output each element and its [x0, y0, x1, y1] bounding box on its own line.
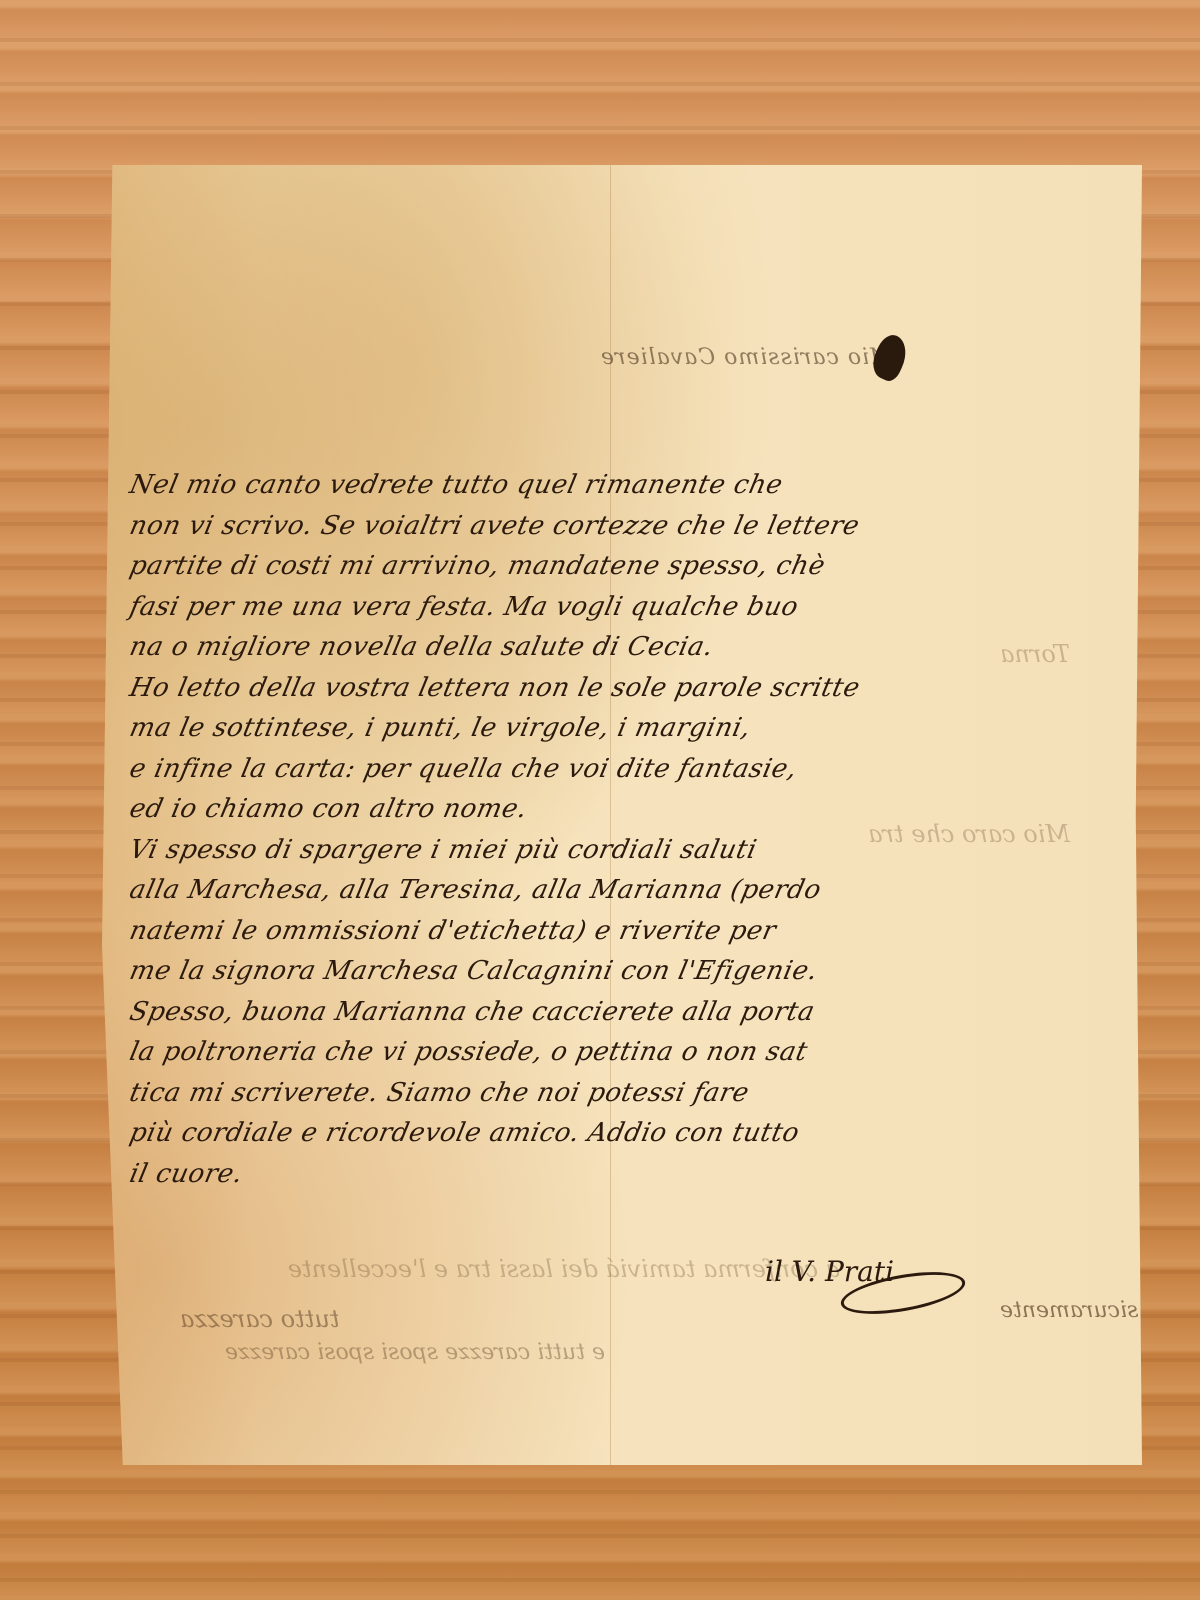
letter-line: Spesso, buona Marianna che caccierete al… [126, 992, 1095, 1033]
closing-bleedthrough: tutto carezza [180, 1305, 340, 1333]
letter-line: ed io chiamo con altro nome. [126, 789, 1095, 830]
letter-line: natemi le ommissioni d'etichetta) e rive… [126, 911, 1095, 952]
corner-bleedthrough: sicuramente [1000, 1298, 1138, 1323]
letter-line: Nel mio canto vedrete tutto quel rimanen… [126, 465, 1095, 506]
closing-bleedthrough: e tutti carezze sposi sposi carezze [225, 1340, 605, 1365]
letter-line: Vi spesso di spargere i miei più cordial… [126, 830, 1095, 871]
letter-line: tica mi scriverete. Siamo che noi potess… [126, 1073, 1095, 1114]
letter-line: ma le sottintese, i punti, le virgole, i… [126, 708, 1095, 749]
letter-line: e infine la carta: per quella che voi di… [126, 749, 1095, 790]
letter-line: partite di costi mi arrivino, mandatene … [126, 546, 1095, 587]
letter-line: alla Marchesa, alla Teresina, alla Maria… [126, 870, 1095, 911]
letter-line: na o migliore novella della salute di Ce… [126, 627, 1095, 668]
letter-line: non vi scrivo. Se voialtri avete cortezz… [126, 506, 1095, 547]
letter-line: fasi per me una vera festa. Ma vogli qua… [126, 587, 1095, 628]
letter-line: la poltroneria che vi possiede, o pettin… [126, 1032, 1095, 1073]
letter-line: più cordiale e ricordevole amico. Addio … [126, 1113, 1095, 1154]
letter-line: il cuore. [126, 1154, 1095, 1195]
letter-line: me la signora Marchesa Calcagnini con l'… [126, 951, 1095, 992]
letter-line: Ho letto della vostra lettera non le sol… [126, 668, 1095, 709]
letter-body: Nel mio canto vedrete tutto quel rimanen… [130, 465, 1090, 1194]
salutation-bleedthrough: Mio carissimo Cavaliere [600, 345, 893, 370]
